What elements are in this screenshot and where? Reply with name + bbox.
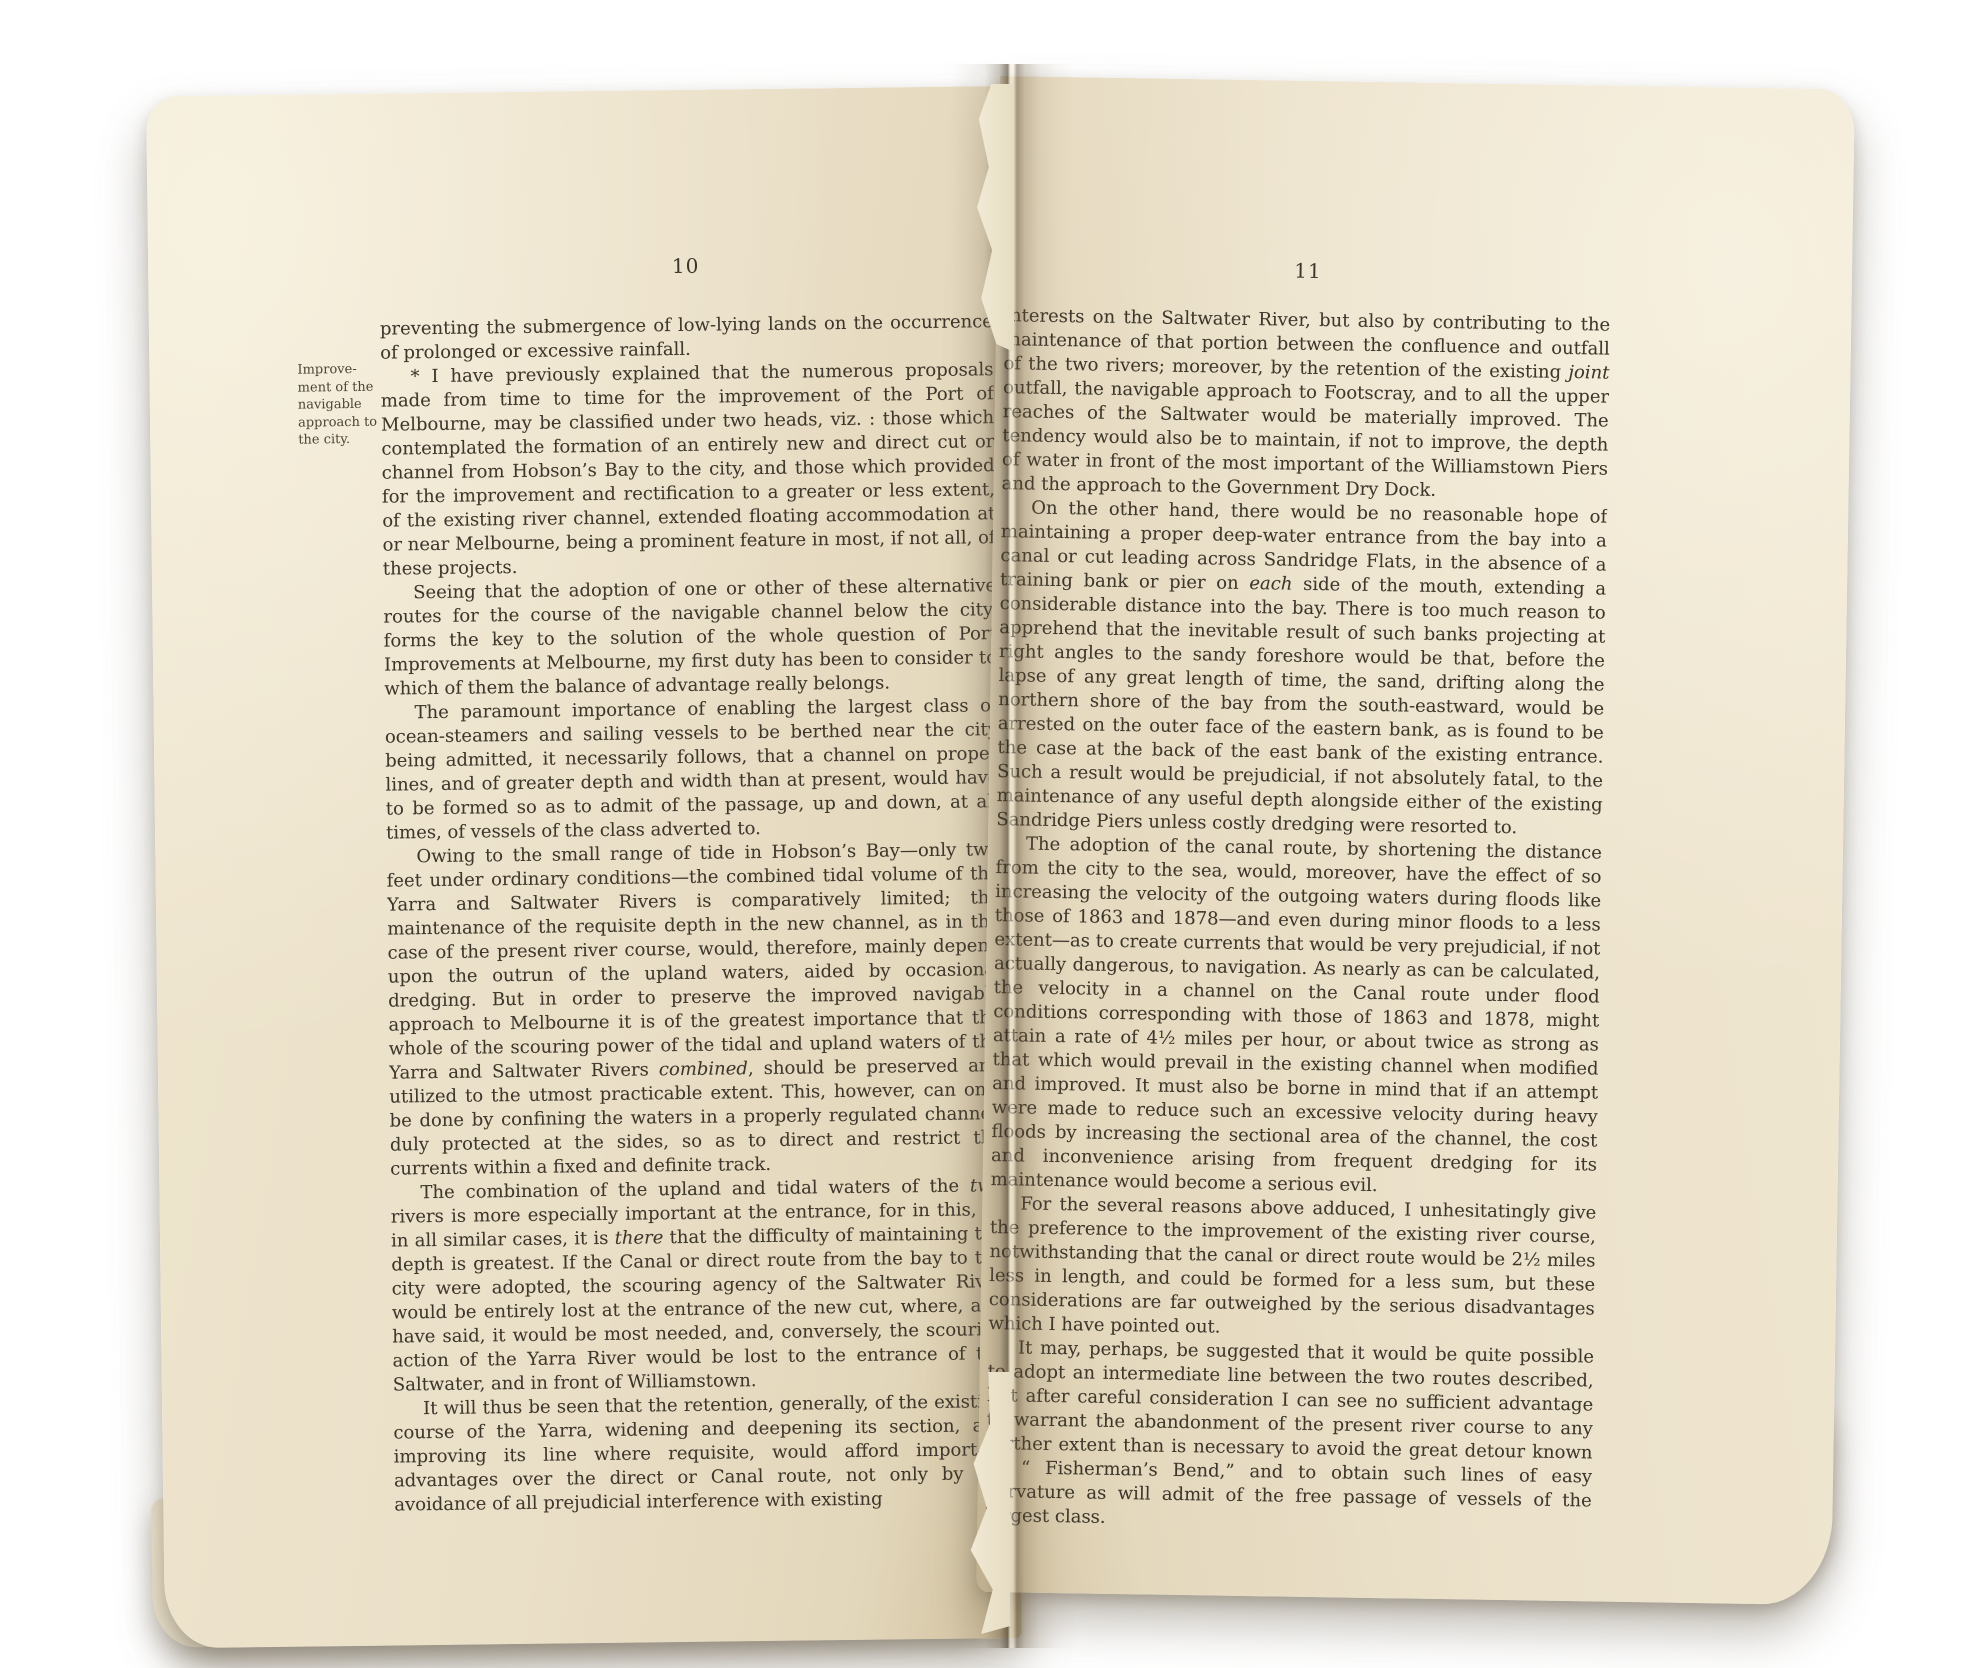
paragraph: On the other hand, there would be no rea… xyxy=(996,496,1607,841)
page-left-text: preventing the submergence of low-lying … xyxy=(380,310,1009,1617)
text-run: The combination of the upland and tidal … xyxy=(420,1175,970,1203)
text-run: The adoption of the canal route, by shor… xyxy=(991,834,1603,1197)
book-photo: 10 Improve- ment of the navigable approa… xyxy=(0,0,1980,1668)
margin-note: Improve- ment of the navigable approach … xyxy=(297,361,384,450)
text-run: outfall, the navigable approach to Foots… xyxy=(1001,377,1609,501)
text-run: Seeing that the adoption of one or other… xyxy=(383,575,997,699)
text-run: interests on the Saltwater River, but al… xyxy=(1003,305,1610,383)
paragraph: It may, perhaps, be suggested that it wo… xyxy=(985,1336,1594,1537)
paragraph: The combination of the upland and tidal … xyxy=(390,1174,1006,1397)
text-run: preventing the submergence of low-lying … xyxy=(380,311,993,363)
italic-text-run: each xyxy=(1249,573,1292,595)
text-run: For the several reasons above adduced, I… xyxy=(988,1193,1596,1337)
italic-text-run: combined xyxy=(659,1058,748,1080)
text-run: side of the mouth, extending a considera… xyxy=(996,574,1606,839)
italic-text-run: joint xyxy=(1568,362,1609,384)
text-run: It may, perhaps, be suggested that it wo… xyxy=(985,1337,1594,1527)
text-run: It will thus be seen that the retention,… xyxy=(393,1391,1007,1515)
paragraph: * I have previously explained that the n… xyxy=(380,358,996,581)
paragraph: Seeing that the adoption of one or other… xyxy=(383,574,997,701)
paragraph: The paramount importance of enabling the… xyxy=(384,694,999,845)
page-right: 11 interests on the Saltwater River, but… xyxy=(976,76,1855,1605)
paragraph: Owing to the small range of tide in Hobs… xyxy=(386,838,1003,1181)
text-run: Owing to the small range of tide in Hobs… xyxy=(387,839,1002,1083)
paragraph: preventing the submergence of low-lying … xyxy=(380,310,994,365)
page-right-text: interests on the Saltwater River, but al… xyxy=(985,304,1611,1573)
page-number-right: 11 xyxy=(1005,254,1611,288)
paragraph: interests on the Saltwater River, but al… xyxy=(1001,304,1610,505)
paragraph: For the several reasons above adduced, I… xyxy=(988,1192,1596,1346)
italic-text-run: there xyxy=(614,1227,663,1249)
paragraph: It will thus be seen that the retention,… xyxy=(393,1390,1007,1517)
page-number-left: 10 xyxy=(379,250,992,281)
paragraph: The adoption of the canal route, by shor… xyxy=(990,832,1602,1201)
text-run: * I have previously explained that the n… xyxy=(381,359,996,579)
page-left: 10 Improve- ment of the navigable approa… xyxy=(146,86,1022,1648)
text-run: The paramount importance of enabling the… xyxy=(385,695,999,843)
